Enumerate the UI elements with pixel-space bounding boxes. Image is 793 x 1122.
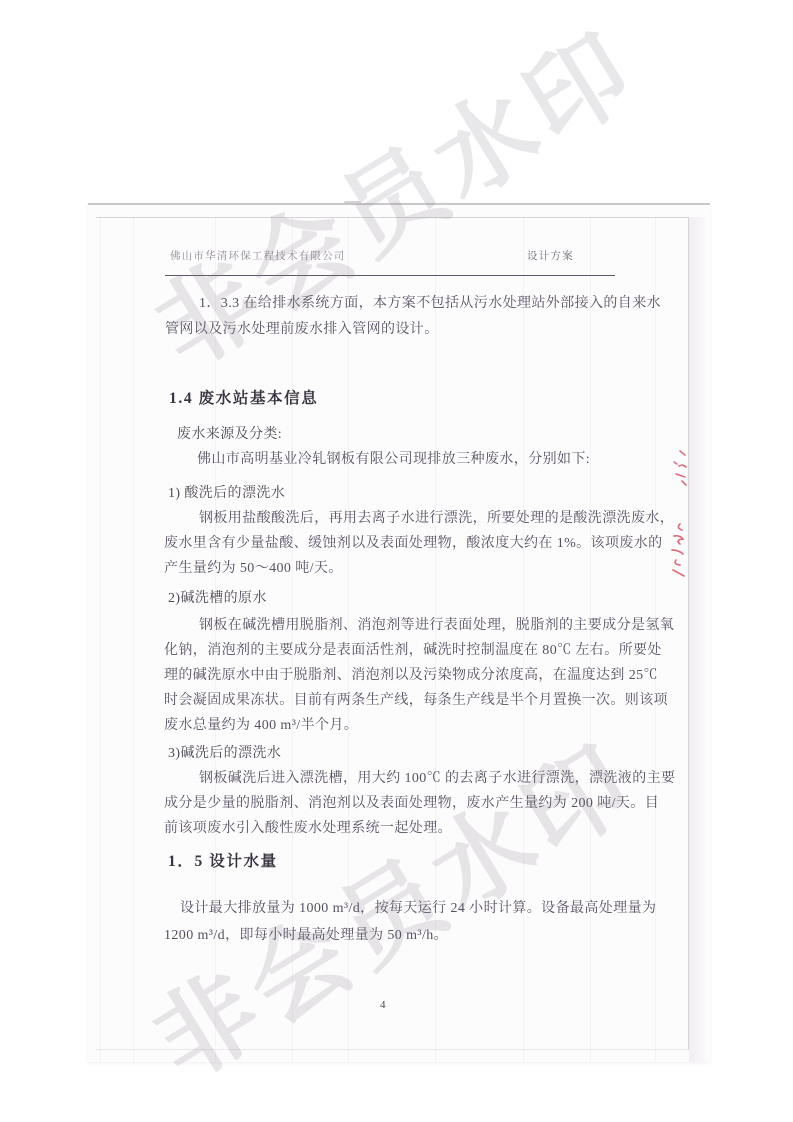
item2-line: 化钠，消泡剂的主要成分是表面活性剂，碱洗时控制温度在 80℃ 左右。所要处 — [164, 643, 662, 659]
item2-line: 废水总量约为 400 m³/半个月。 — [164, 718, 358, 734]
scan-streak — [133, 217, 134, 1062]
item2-line: 钢板在碱洗槽用脱脂剂、消泡剂等进行表面处理，脱脂剂的主要成分是氢氧 — [199, 618, 674, 634]
section-title-1-5: 1．5 设计水量 — [168, 853, 278, 871]
para-133-line: 1．3.3 在给排水系统方面，本方案不包括从污水处理站外部接入的自来水 — [199, 296, 661, 312]
para-133-line: 管网以及污水处理前废水排入管网的设计。 — [165, 322, 439, 338]
item3-line: 前该项废水引入酸性废水处理系统一起处理。 — [164, 821, 452, 837]
header-doc-label: 设计方案 — [527, 250, 574, 263]
page-number: 4 — [380, 999, 386, 1011]
sec15-line: 设计最大排放量为 1000 m³/d，按每天运行 24 小时计算。设备最高处理量… — [180, 901, 656, 917]
waste-source-label: 废水来源及分类: — [177, 427, 282, 443]
item1-heading: 1) 酸洗后的漂洗水 — [168, 486, 285, 502]
header-company-name: 佛山市华清环保工程技术有限公司 — [170, 250, 346, 263]
item1-line: 钢板用盐酸酸洗后，再用去离子水进行漂洗，所要处理的是酸洗漂洗废水， — [199, 511, 674, 527]
scan-streak — [590, 217, 591, 1062]
item2-heading: 2)碱洗槽的原水 — [168, 591, 267, 607]
item1-line: 产生量约为 50～400 吨/天。 — [164, 561, 343, 577]
item3-line: 成分是少量的脱脂剂、消泡剂以及表面处理物，废水产生量约为 200 吨/天。目 — [164, 796, 659, 812]
section-title-1-4: 1.4 废水站基本信息 — [169, 390, 318, 408]
item3-line: 钢板碱洗后进入漂洗槽，用大约 100℃ 的去离子水进行漂洗，漂洗液的主要 — [199, 771, 675, 787]
scan-streak — [100, 217, 101, 1062]
sec15-line: 1200 m³/d，即每小时最高处理量为 50 m³/h。 — [164, 928, 448, 944]
scan-streak — [655, 217, 656, 1062]
scan-artifact-mark — [344, 201, 361, 205]
item2-line: 时会凝固成果冻状。目前有两条生产线，每条生产线是半个月置换一次。则该项 — [164, 693, 668, 709]
scan-streak — [523, 217, 524, 1062]
item3-heading: 3)碱洗后的漂洗水 — [168, 746, 281, 762]
red-ink-mark-bottom — [666, 520, 692, 580]
waste-source-intro: 佛山市高明基业冷轧钢板有限公司现排放三种废水，分别如下: — [197, 452, 590, 468]
scanned-document-page: 佛山市华清环保工程技术有限公司 设计方案 1．3.3 在给排水系统方面，本方案不… — [0, 0, 793, 1122]
paper-right-edge-shadow — [689, 217, 705, 1062]
item2-line: 理的碱洗原水中由于脱脂剂、消泡剂以及污染物成分浓度高，在温度达到 25℃ — [164, 668, 658, 684]
red-ink-mark-top — [670, 448, 692, 490]
header-rule — [165, 275, 615, 276]
item1-line: 废水里含有少量盐酸、缓蚀剂以及表面处理物，酸浓度大约在 1%。该项废水的 — [164, 536, 663, 552]
